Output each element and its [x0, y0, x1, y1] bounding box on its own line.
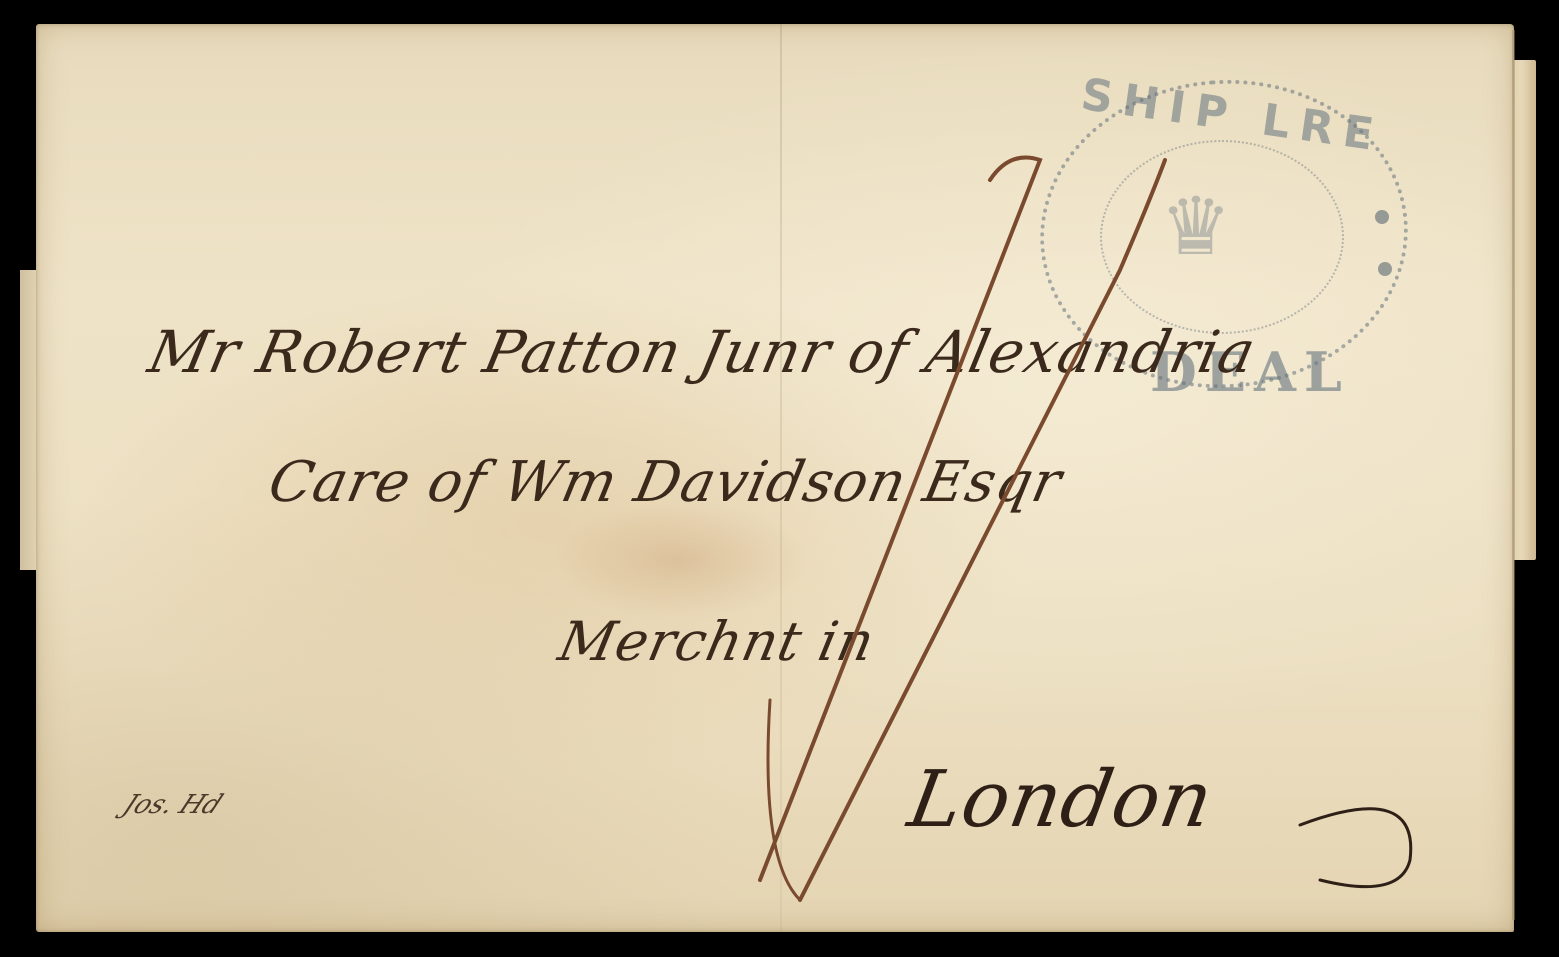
- right-fold-line: [1512, 30, 1515, 920]
- water-stain: [550, 500, 810, 620]
- crown-icon: ♛: [1160, 180, 1232, 273]
- address-line-3: Merchnt in: [553, 610, 880, 673]
- address-line-1: Mr Robert Patton Junr of Alexandria: [143, 318, 1262, 386]
- docket-notation: Jos. Hd: [118, 790, 227, 820]
- handstamp-dot: [1375, 210, 1389, 224]
- address-line-4: London: [902, 755, 1220, 845]
- address-line-2: Care of Wm Davidson Esqr: [263, 450, 1068, 515]
- handstamp-dot: [1378, 262, 1392, 276]
